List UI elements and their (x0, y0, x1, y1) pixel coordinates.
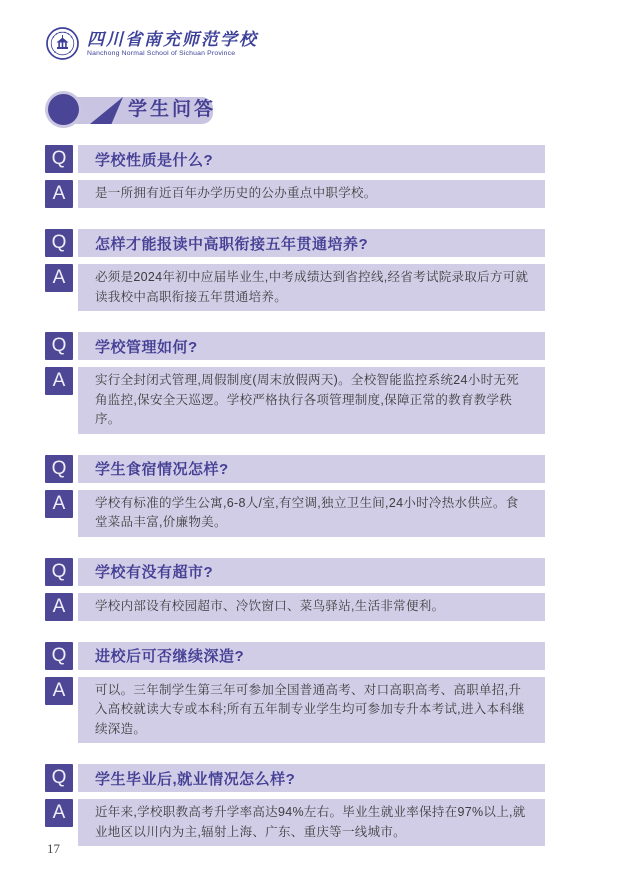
question-text: 怎样才能报读中高职衔接五年贯通培养? (95, 233, 368, 254)
question-marker: Q (45, 455, 73, 483)
question-row: Q 学校管理如何? (45, 332, 545, 360)
question-bar: 学校性质是什么? (78, 145, 545, 173)
question-marker: Q (45, 332, 73, 360)
school-name-chinese: 四川省南充师范学校 (87, 31, 258, 49)
answer-marker: A (45, 367, 73, 395)
answer-row: A 学校有标准的学生公寓,6-8人/室,有空调,独立卫生间,24小时冷热水供应。… (45, 490, 545, 537)
qa-group: Q 学校管理如何? A 实行全封闭式管理,周假制度(周末放假两天)。全校智能监控… (45, 332, 545, 434)
question-marker: Q (45, 145, 73, 173)
question-row: Q 怎样才能报读中高职衔接五年贯通培养? (45, 229, 545, 257)
answer-row: A 近年来,学校职教高考升学率高达94%左右。毕业生就业率保持在97%以上,就业… (45, 799, 545, 846)
answer-text: 学校内部设有校园超市、冷饮窗口、菜鸟驿站,生活非常便利。 (95, 599, 444, 613)
question-text: 进校后可否继续深造? (95, 645, 244, 666)
answer-text: 学校有标准的学生公寓,6-8人/室,有空调,独立卫生间,24小时冷热水供应。食堂… (95, 496, 519, 530)
qa-group: Q 学校有没有超市? A 学校内部设有校园超市、冷饮窗口、菜鸟驿站,生活非常便利… (45, 558, 545, 621)
answer-row: A 可以。三年制学生第三年可参加全国普通高考、对口高职高考、高职单招,升入高校就… (45, 677, 545, 744)
answer-text: 近年来,学校职教高考升学率高达94%左右。毕业生就业率保持在97%以上,就业地区… (95, 805, 526, 839)
section-title: 学生问答 (128, 97, 216, 124)
answer-marker: A (45, 799, 73, 827)
question-bar: 学生毕业后,就业情况怎么样? (78, 764, 545, 792)
question-bar: 怎样才能报读中高职衔接五年贯通培养? (78, 229, 545, 257)
answer-bar: 可以。三年制学生第三年可参加全国普通高考、对口高职高考、高职单招,升入高校就读大… (78, 677, 545, 744)
answer-marker: A (45, 180, 73, 208)
page-header: 四川省南充师范学校 Nanchong Normal School of Sich… (46, 27, 258, 60)
school-name-block: 四川省南充师范学校 Nanchong Normal School of Sich… (87, 31, 258, 57)
question-row: Q 学生食宿情况怎样? (45, 455, 545, 483)
answer-text: 可以。三年制学生第三年可参加全国普通高考、对口高职高考、高职单招,升入高校就读大… (95, 683, 525, 736)
qa-list: Q 学校性质是什么? A 是一所拥有近百年办学历史的公办重点中职学校。 Q 怎样… (45, 145, 545, 867)
answer-marker: A (45, 593, 73, 621)
answer-text: 是一所拥有近百年办学历史的公办重点中职学校。 (95, 186, 377, 200)
answer-text: 必须是2024年初中应届毕业生,中考成绩达到省控线,经省考试院录取后方可就读我校… (95, 270, 528, 304)
answer-bar: 是一所拥有近百年办学历史的公办重点中职学校。 (78, 180, 545, 208)
question-text: 学校性质是什么? (95, 149, 213, 170)
answer-bar: 必须是2024年初中应届毕业生,中考成绩达到省控线,经省考试院录取后方可就读我校… (78, 264, 545, 311)
question-text: 学生毕业后,就业情况怎么样? (95, 768, 295, 789)
question-marker: Q (45, 764, 73, 792)
question-text: 学校有没有超市? (95, 561, 213, 582)
answer-marker: A (45, 264, 73, 292)
answer-row: A 学校内部设有校园超市、冷饮窗口、菜鸟驿站,生活非常便利。 (45, 593, 545, 621)
question-bar: 学校有没有超市? (78, 558, 545, 586)
question-text: 学校管理如何? (95, 336, 198, 357)
school-seal-icon (46, 27, 79, 60)
question-row: Q 进校后可否继续深造? (45, 642, 545, 670)
question-bar: 学校管理如何? (78, 332, 545, 360)
answer-row: A 实行全封闭式管理,周假制度(周末放假两天)。全校智能监控系统24小时无死角监… (45, 367, 545, 434)
section-title-circle-icon (48, 94, 79, 125)
qa-group: Q 学校性质是什么? A 是一所拥有近百年办学历史的公办重点中职学校。 (45, 145, 545, 208)
qa-group: Q 进校后可否继续深造? A 可以。三年制学生第三年可参加全国普通高考、对口高职… (45, 642, 545, 744)
qa-group: Q 学生毕业后,就业情况怎么样? A 近年来,学校职教高考升学率高达94%左右。… (45, 764, 545, 846)
answer-row: A 必须是2024年初中应届毕业生,中考成绩达到省控线,经省考试院录取后方可就读… (45, 264, 545, 311)
question-marker: Q (45, 229, 73, 257)
answer-row: A 是一所拥有近百年办学历史的公办重点中职学校。 (45, 180, 545, 208)
question-marker: Q (45, 642, 73, 670)
section-title-badge: 学生问答 (48, 94, 218, 127)
question-marker: Q (45, 558, 73, 586)
question-row: Q 学校有没有超市? (45, 558, 545, 586)
answer-text: 实行全封闭式管理,周假制度(周末放假两天)。全校智能监控系统24小时无死角监控,… (95, 373, 519, 426)
answer-marker: A (45, 677, 73, 705)
answer-bar: 近年来,学校职教高考升学率高达94%左右。毕业生就业率保持在97%以上,就业地区… (78, 799, 545, 846)
answer-bar: 实行全封闭式管理,周假制度(周末放假两天)。全校智能监控系统24小时无死角监控,… (78, 367, 545, 434)
school-name-english: Nanchong Normal School of Sichuan Provin… (87, 50, 258, 57)
question-row: Q 学校性质是什么? (45, 145, 545, 173)
qa-group: Q 学生食宿情况怎样? A 学校有标准的学生公寓,6-8人/室,有空调,独立卫生… (45, 455, 545, 537)
question-text: 学生食宿情况怎样? (95, 458, 229, 479)
answer-bar: 学校内部设有校园超市、冷饮窗口、菜鸟驿站,生活非常便利。 (78, 593, 545, 621)
qa-group: Q 怎样才能报读中高职衔接五年贯通培养? A 必须是2024年初中应届毕业生,中… (45, 229, 545, 311)
answer-marker: A (45, 490, 73, 518)
question-bar: 学生食宿情况怎样? (78, 455, 545, 483)
question-bar: 进校后可否继续深造? (78, 642, 545, 670)
question-row: Q 学生毕业后,就业情况怎么样? (45, 764, 545, 792)
page-number: 17 (47, 841, 60, 857)
answer-bar: 学校有标准的学生公寓,6-8人/室,有空调,独立卫生间,24小时冷热水供应。食堂… (78, 490, 545, 537)
